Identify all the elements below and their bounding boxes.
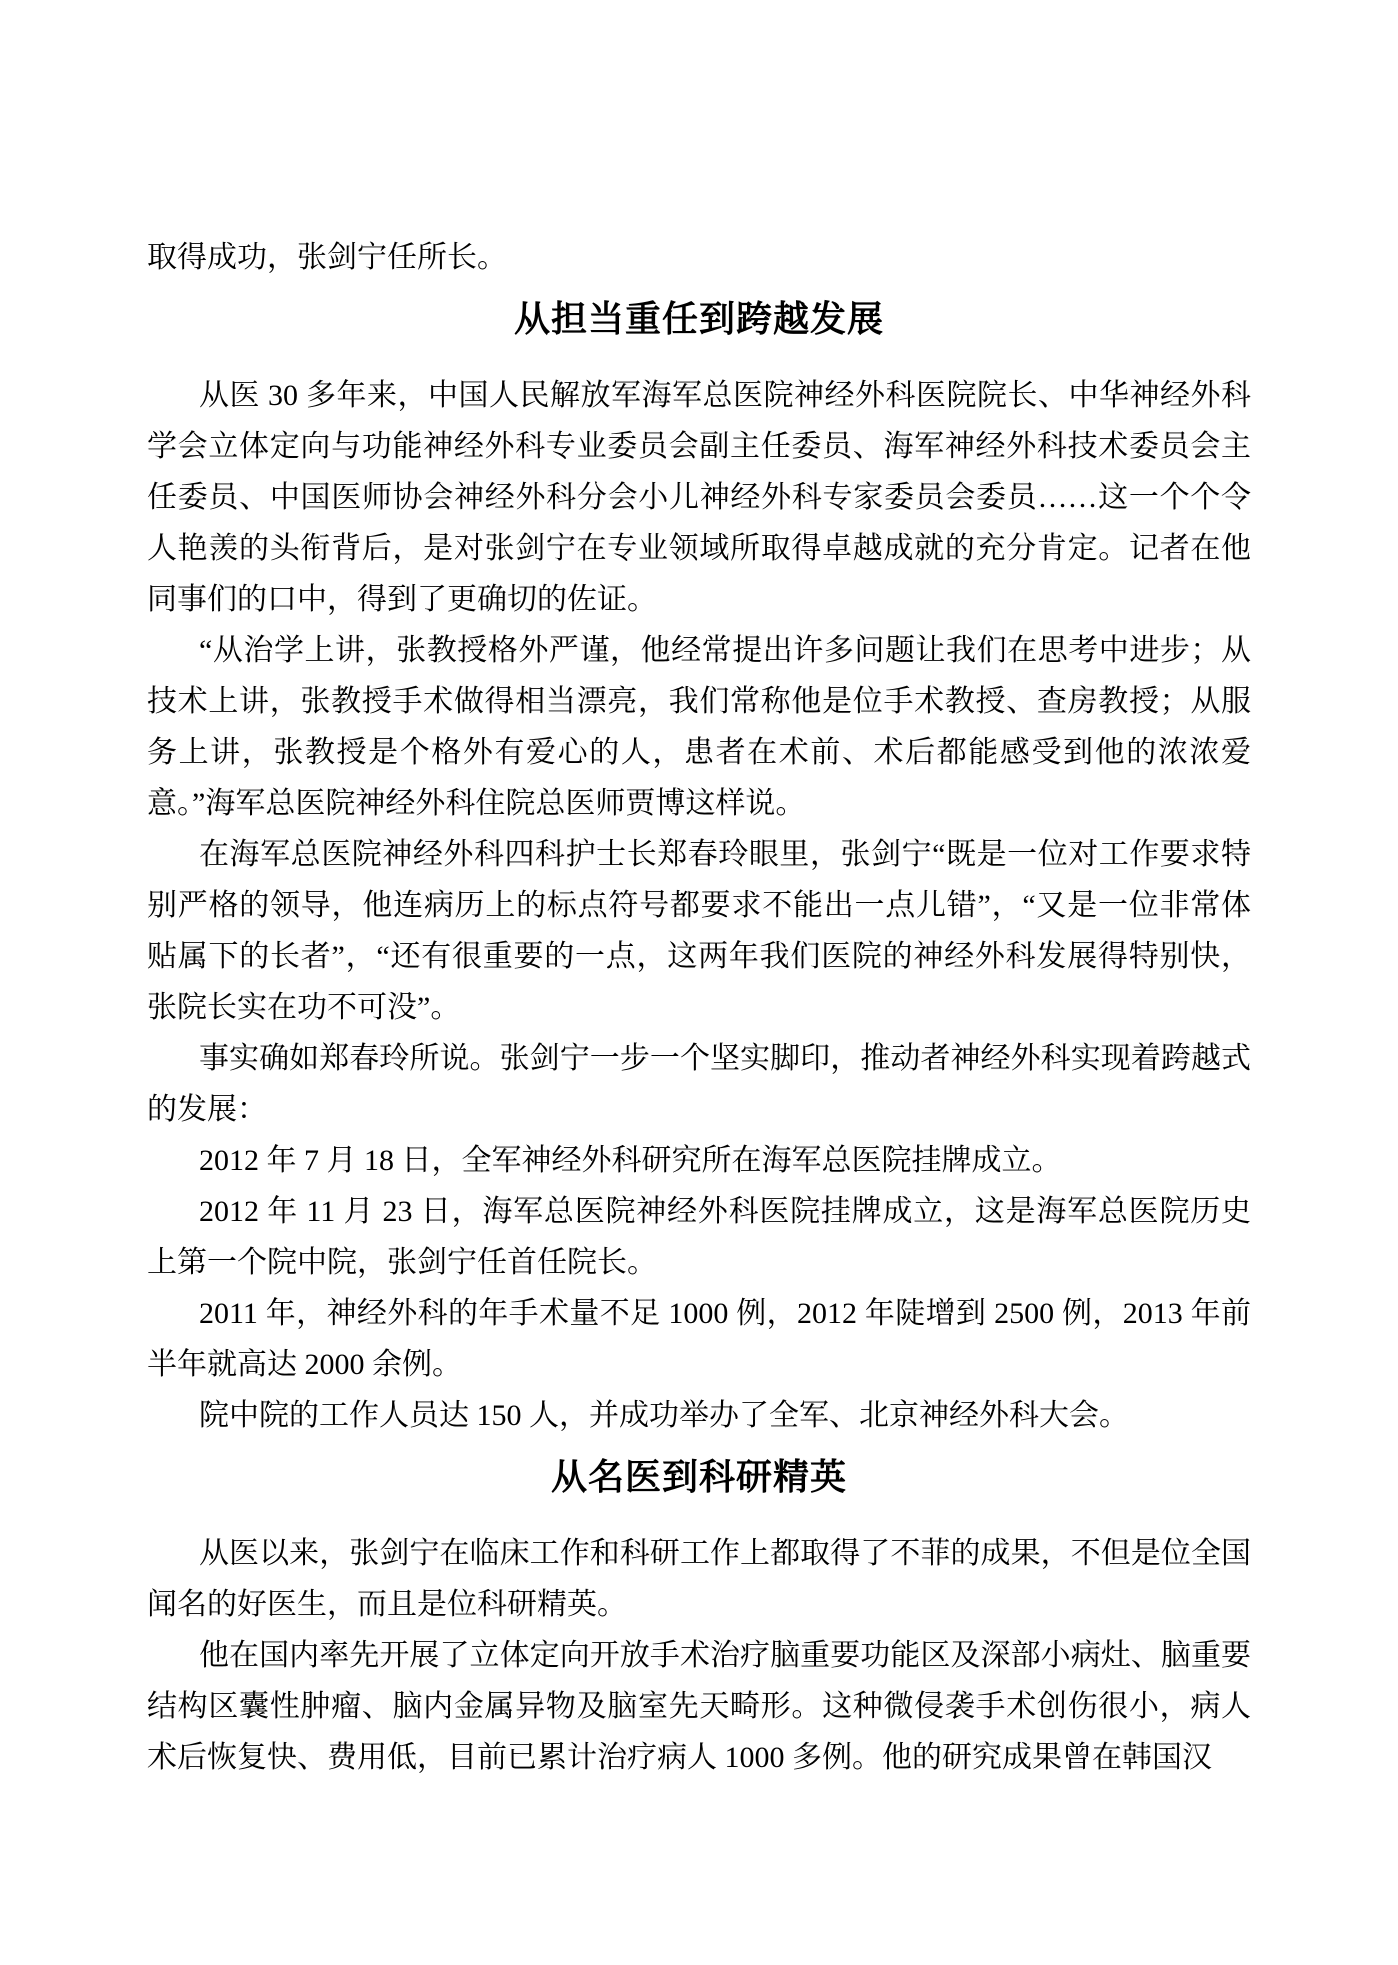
paragraph: “从治学上讲，张教授格外严谨，他经常提出许多问题让我们在思考中进步；从技术上讲，… (147, 625, 1251, 829)
paragraph: 从医 30 多年来，中国人民解放军海军总医院神经外科医院院长、中华神经外科学会立… (147, 370, 1251, 625)
paragraph: 事实确如郑春玲所说。张剑宁一步一个坚实脚印，推动者神经外科实现着跨越式的发展： (147, 1033, 1251, 1135)
section-heading: 从担当重任到跨越发展 (147, 293, 1251, 344)
paragraph: 从医以来，张剑宁在临床工作和科研工作上都取得了不菲的成果，不但是位全国闻名的好医… (147, 1528, 1251, 1630)
document-content: 取得成功，张剑宁任所长。从担当重任到跨越发展从医 30 多年来，中国人民解放军海… (147, 232, 1251, 1783)
section-heading: 从名医到科研精英 (147, 1451, 1251, 1502)
paragraph: 院中院的工作人员达 150 人，并成功举办了全军、北京神经外科大会。 (147, 1390, 1251, 1441)
paragraph: 2012 年 11 月 23 日，海军总医院神经外科医院挂牌成立，这是海军总医院… (147, 1186, 1251, 1288)
continued-paragraph: 取得成功，张剑宁任所长。 (147, 232, 1251, 283)
paragraph: 他在国内率先开展了立体定向开放手术治疗脑重要功能区及深部小病灶、脑重要结构区囊性… (147, 1630, 1251, 1783)
paragraph: 2012 年 7 月 18 日，全军神经外科研究所在海军总医院挂牌成立。 (147, 1135, 1251, 1186)
paragraph: 在海军总医院神经外科四科护士长郑春玲眼里，张剑宁“既是一位对工作要求特别严格的领… (147, 829, 1251, 1033)
paragraph: 2011 年，神经外科的年手术量不足 1000 例，2012 年陡增到 2500… (147, 1288, 1251, 1390)
document-page: 取得成功，张剑宁任所长。从担当重任到跨越发展从医 30 多年来，中国人民解放军海… (0, 0, 1398, 1965)
